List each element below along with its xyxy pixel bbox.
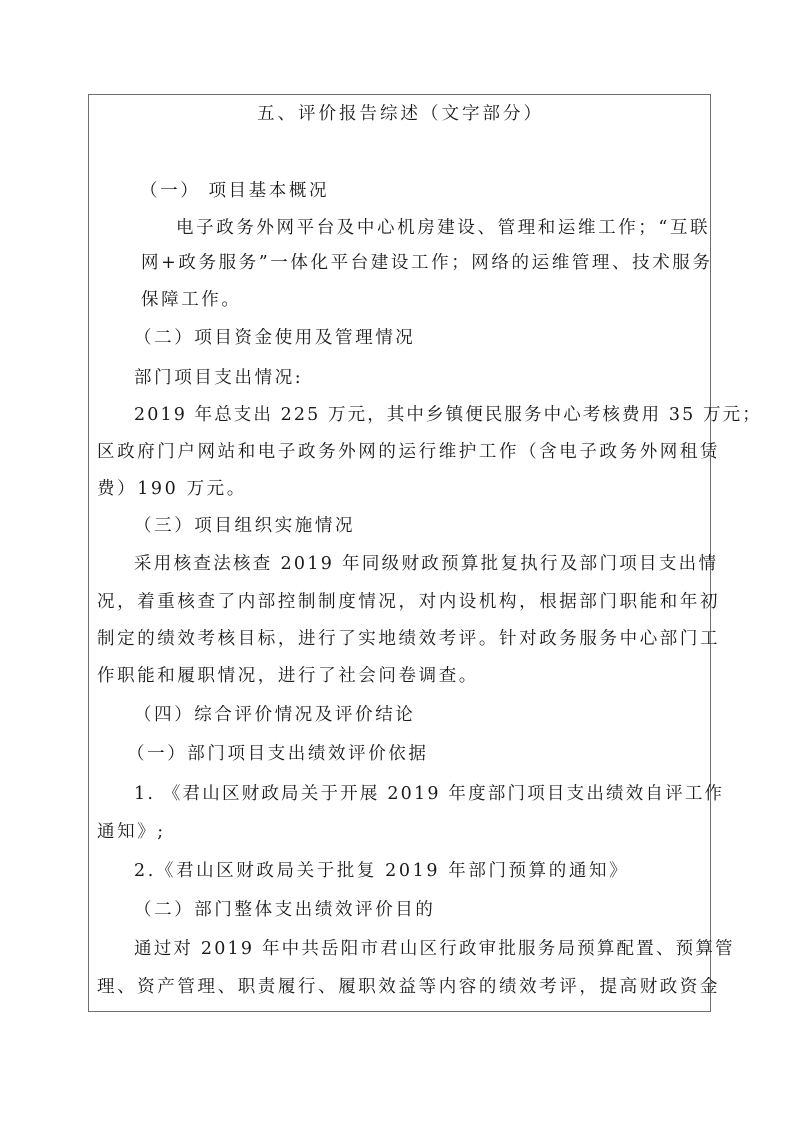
section-3-para-line: 制定的绩效考核目标，进行了实地绩效考评。针对政务服务中心部门工 — [97, 628, 720, 650]
section-3-para-line: 况，着重核查了内部控制制度情况，对内设机构，根据部门职能和年初 — [97, 591, 720, 613]
basis-item-1-line: 通知》; — [97, 821, 166, 843]
section-4-subheading-basis: （一）部门项目支出绩效评价依据 — [127, 743, 429, 765]
section-2-subheading: 部门项目支出情况: — [134, 367, 303, 389]
section-2-para-line: 区政府门户网站和电子政务外网的运行维护工作（含电子政务外网租赁 — [97, 441, 720, 463]
section-3-heading: （三）项目组织实施情况 — [134, 515, 355, 537]
section-4-subheading-purpose: （二）部门整体支出绩效评价目的 — [134, 899, 436, 921]
basis-item-2: 2.《君山区财政局关于批复 2019 年部门预算的通知》 — [134, 860, 629, 882]
basis-item-1-line: 1. 《君山区财政局关于开展 2019 年度部门项目支出绩效自评工作 — [134, 783, 724, 805]
section-1-para-line: 保障工作。 — [141, 289, 242, 311]
section-2-para-line: 2019 年总支出 225 万元，其中乡镇便民服务中心考核费用 35 万元； — [134, 404, 762, 426]
section-3-para-line: 作职能和履职情况，进行了社会问卷调查。 — [97, 665, 479, 687]
section-1-para-line: 网+政务服务”一体化平台建设工作；网络的运维管理、技术服务 — [141, 252, 713, 274]
section-2-heading: （二）项目资金使用及管理情况 — [134, 327, 415, 349]
section-1-heading: （一） 项目基本概况 — [140, 180, 329, 202]
purpose-para-line: 理、资产管理、职责履行、履职效益等内容的绩效考评，提高财政资金 — [97, 976, 720, 998]
section-1-para-line: 电子政务外网平台及中心机房建设、管理和运维工作；“互联 — [176, 217, 710, 239]
section-3-para-line: 采用核查法核查 2019 年同级财政预算批复执行及部门项目支出情 — [134, 553, 718, 575]
purpose-para-line: 通过对 2019 年中共岳阳市君山区行政审批服务局预算配置、预算管 — [134, 938, 735, 960]
section-2-para-line: 费）190 万元。 — [97, 478, 247, 500]
section-4-heading: （四）综合评价情况及评价结论 — [134, 704, 415, 726]
report-frame: 五、评价报告综述（文字部分） （一） 项目基本概况 电子政务外网平台及中心机房建… — [88, 94, 711, 1012]
page-title: 五、评价报告综述（文字部分） — [89, 103, 712, 125]
